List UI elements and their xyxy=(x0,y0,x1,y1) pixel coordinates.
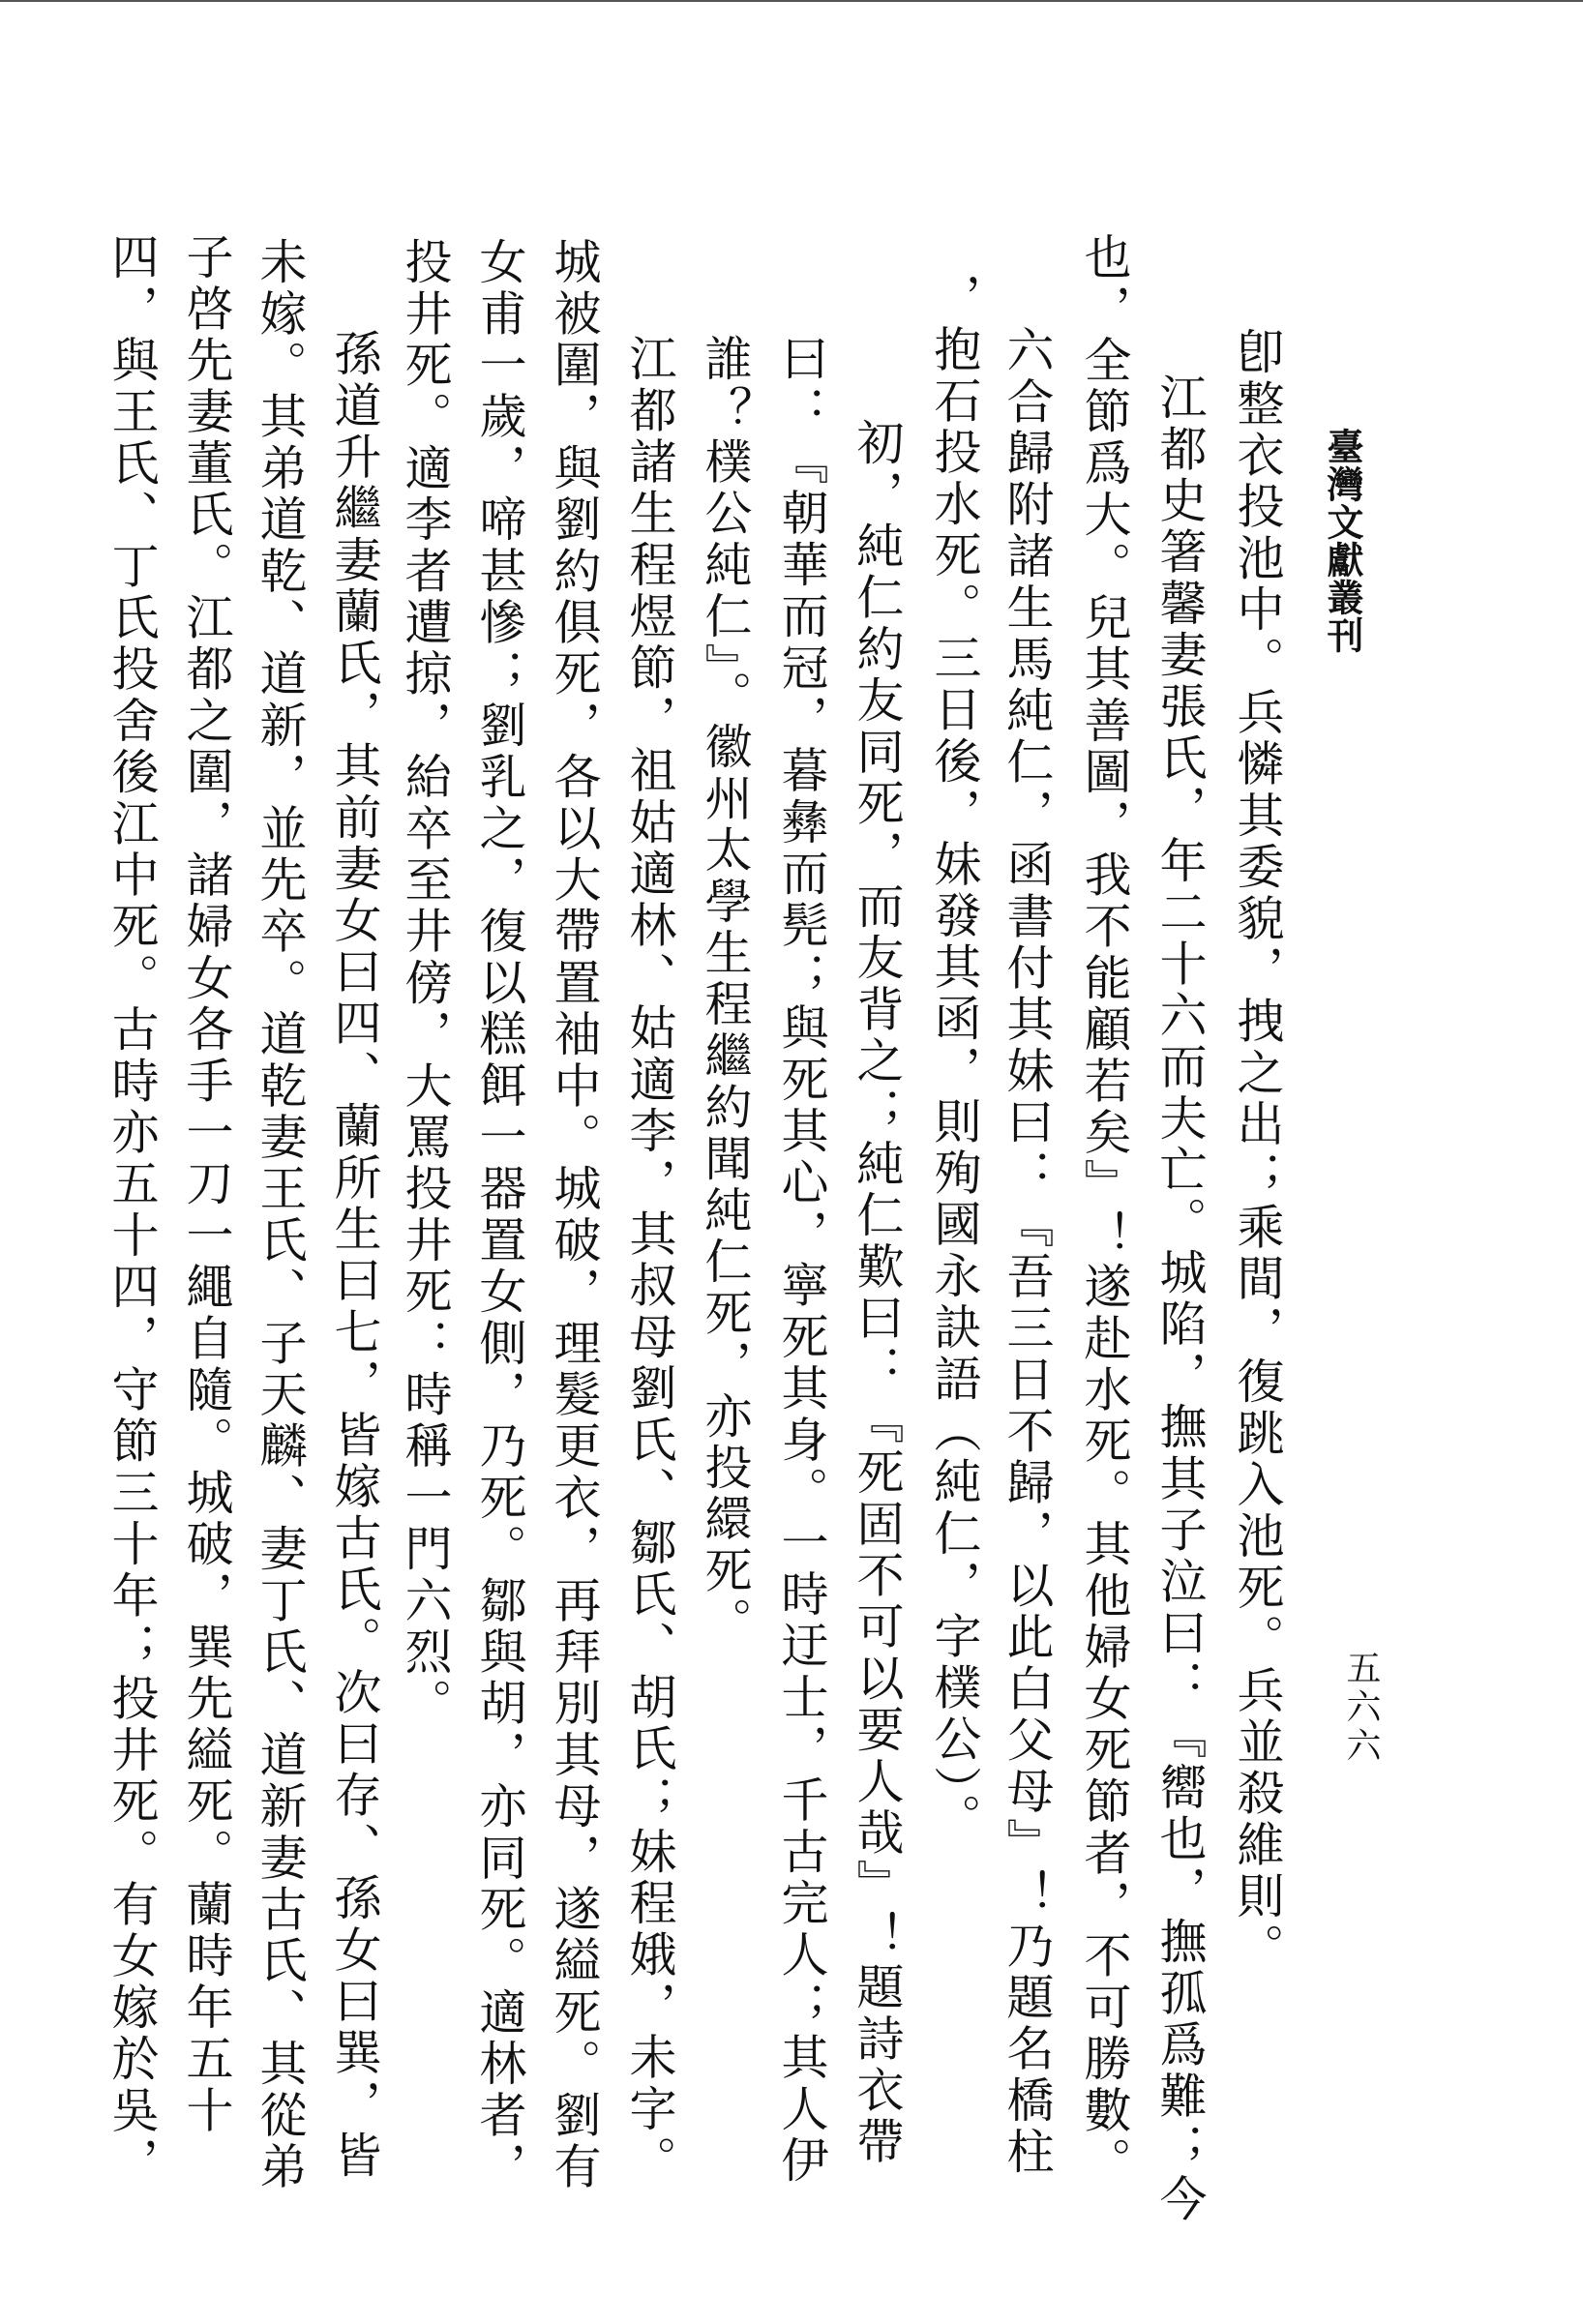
text-column-9: 江都諸生程煜節，祖姑適林、姑適李，其叔母劉氏、鄒氏、胡氏；妹程娥，未字。 xyxy=(619,334,673,2187)
page-number: 五六六 xyxy=(1343,1650,1378,1766)
text-column-7: 曰：『朝華而冠，暮彝而髡；與死其心，寧死其身。一時迂士，千古完人；其人伊 xyxy=(771,334,825,2187)
text-column-4: 六合歸附諸生馬純仁，函書付其妹曰：『吾三日不歸，以此白父母』！乃題名橋柱 xyxy=(997,325,1051,2178)
text-column-2: 江都史箸馨妻張氏，年二十六而夫亡。城陷，撫其子泣曰：『嚮也，撫孤爲難；今 xyxy=(1150,372,1204,2225)
text-column-10: 城被圍，與劉約俱死，各以大帶置袖中。城破，理髮更衣，再拜別其母，遂縊死。劉有 xyxy=(544,237,598,2193)
text-column-15: 子啓先妻董氏。江都之圍，諸婦女各手一刀一繩自隨。城破，巽先縊死。蘭時年五十 xyxy=(176,232,230,2136)
text-column-11: 女甫一歲，啼甚慘；劉乳之，復以糕餌一器置女側，乃死。鄒與胡，亦同死。適林者， xyxy=(469,237,523,2193)
page-top-edge xyxy=(0,0,1583,2)
text-column-8: 誰？樸公純仁』。徽州太學生程繼約聞純仁死，亦投繯死。 xyxy=(695,334,749,1649)
text-column-12: 投井死。適李者遭掠，紿卒至井傍，大罵投井死：時稱一門六烈。 xyxy=(395,237,449,1730)
text-column-5: ，抱石投水死。三日後，妹發其函，則殉國永訣語（純仁，字樸公）。 xyxy=(924,273,978,1845)
series-title: 臺灣文獻叢刊 xyxy=(1324,428,1360,654)
text-column-1: 卽整衣投池中。兵憐其委貌，拽之出；乘間，復跳入池死。兵並殺維則。 xyxy=(1227,327,1281,1974)
text-column-3: 也，全節爲大。兒其善圖，我不能顧若矣』！遂赴水死。其他婦女死節者，不可勝數。 xyxy=(1074,232,1128,2189)
text-column-14: 未嫁。其弟道乾、道新，並先卒。道乾妻王氏、子天麟、妻丁氏、道新妻古氏、其從弟 xyxy=(250,237,304,2193)
text-column-13: 孫道升繼妻蘭氏，其前妻女曰四、蘭所生曰七，皆嫁古氏。次曰存、孫女曰巽，皆 xyxy=(324,329,378,2182)
text-column-16: 四，與王氏、丁氏投舍後江中死。古時亦五十四，守節三十年；投井死。有女嫁於吳， xyxy=(102,232,156,2189)
text-column-6: 初，純仁約友同死，而友背之；純仁歎曰：『死固不可以要人哉』！題詩衣帶 xyxy=(847,418,901,2168)
